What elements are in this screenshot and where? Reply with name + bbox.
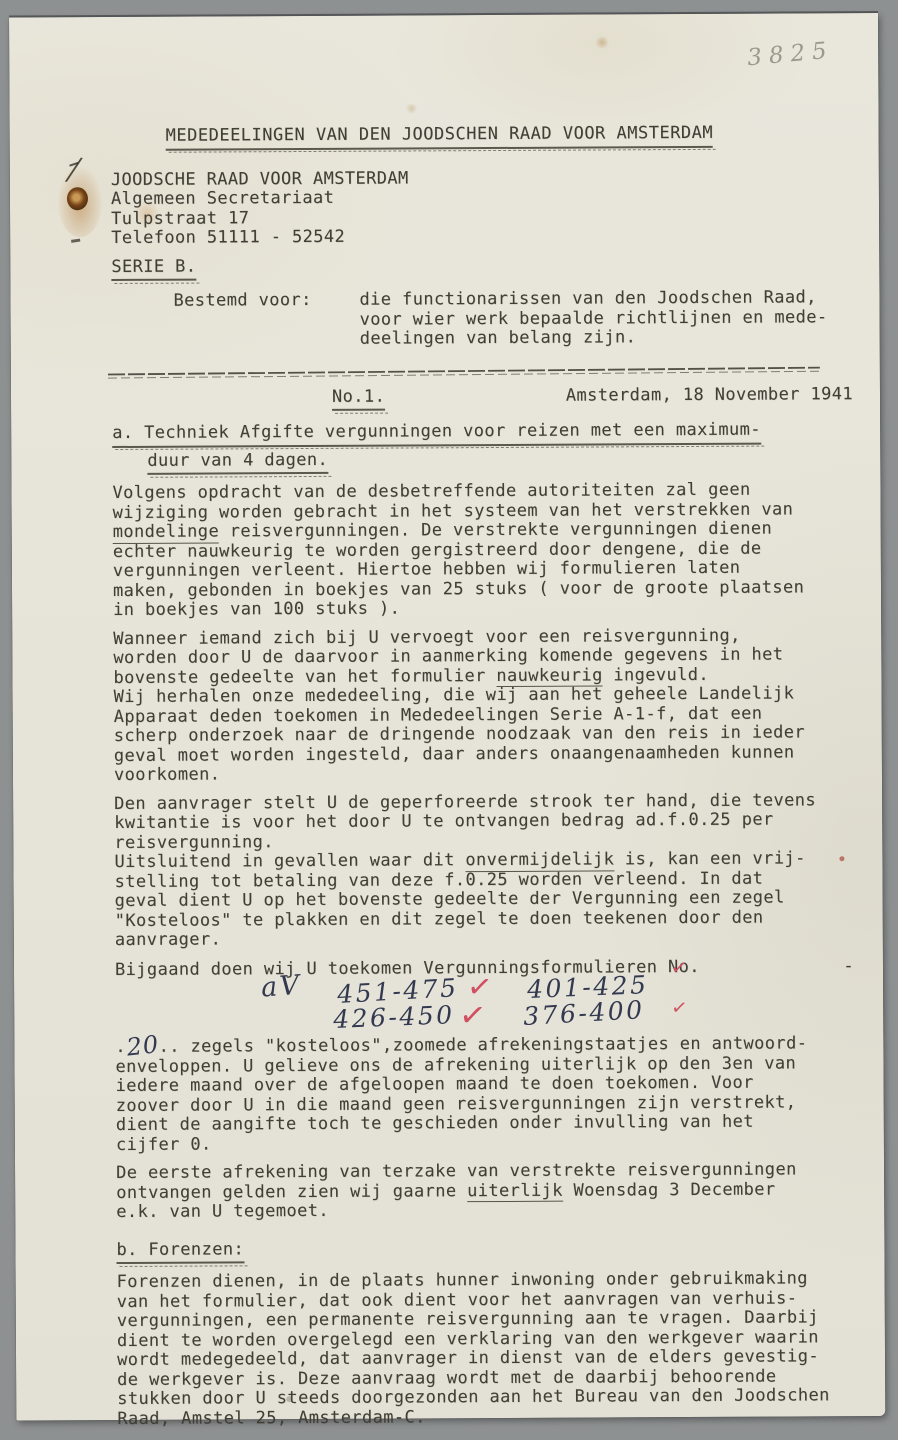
issue-number: No.1. [332,387,385,411]
dateline: Amsterdam, 18 November 1941 [566,385,853,406]
section-b-heading: b. Forenzen: [116,1237,857,1264]
rust-stain [67,187,88,210]
bestemd-voor-label: Bestemd voor: [173,291,359,350]
red-checkmark-icon: ✓ [670,998,689,1020]
section-a-paragraph-2: Wanneer iemand zich bij U vervoegt voor … [113,626,855,786]
foxing-spot [594,36,610,48]
document-content: MEDEDEELINGEN VAN DEN JOODSCHEN RAAD VOO… [111,123,859,1429]
handwritten-number: 20 [126,1039,159,1053]
underlined-word: onvermijdelijk [465,849,614,871]
handwritten-prefix: aV [260,976,302,998]
pencil-archive-number: 3825 [746,38,835,72]
section-a-paragraph-3: Den aanvrager stelt U de geperforeerde s… [114,791,856,951]
ink-squiggle-mark [69,162,79,170]
scanned-document-page: 3825 MEDEDEELINGEN VAN DEN JOODSCHEN RAA… [9,13,885,1421]
letterhead-address-block: JOODSCHE RAAD VOOR AMSTERDAMAlgemeen Sec… [111,167,852,249]
rust-stain-halo [58,167,102,237]
document-title: MEDEDEELINGEN VAN DEN JOODSCHEN RAAD VOO… [166,123,852,150]
section-a-paragraph-1: Volgens opdracht van de desbetreffende a… [112,480,854,620]
serie-label: SERIE B. [111,254,852,281]
document-title-text: MEDEDEELINGEN VAN DEN JOODSCHEN RAAD VOO… [166,124,714,150]
handwritten-range: 426-450 [333,1005,455,1029]
handwritten-range: 376-400 [523,1000,645,1026]
bijgaand-blank-dash: - [843,957,854,977]
bestemd-voor-text: die functionarissen van den Joodschen Ra… [359,288,827,349]
red-checkmark-icon: ✓ [458,1004,488,1027]
ink-dash-mark [71,239,80,243]
handwritten-form-numbers: aV 451-475 ✓ 401-425 ✓ 426-450 ✓ 376-400… [115,978,856,1038]
bestemd-voor-block: Bestemd voor: die functionarissen van de… [173,288,852,350]
red-checkmark-icon: ✓ [670,958,689,980]
section-b-paragraph-1: Forenzen dienen, in de plaats hunner inw… [117,1269,859,1429]
underlined-word: mondelinge [113,521,219,543]
section-a-paragraph-4: .20.. zegels "kosteloos",zoomede afreken… [115,1034,857,1155]
section-a-paragraph-5: De eerste afrekening van terzake van ver… [116,1160,857,1222]
scan-background: { "scan": { "pencil_number": "3825" }, "… [0,0,898,1440]
foxing-spot [404,103,418,113]
issue-number-and-date-row: No.1. Amsterdam, 18 November 1941 [112,385,853,412]
underlined-word: uiterlijk [467,1180,563,1202]
typed-separator-rule [108,365,820,378]
ink-squiggle-mark [65,158,89,183]
section-a-heading: a. Techniek Afgifte vergunningen voor re… [112,420,853,475]
